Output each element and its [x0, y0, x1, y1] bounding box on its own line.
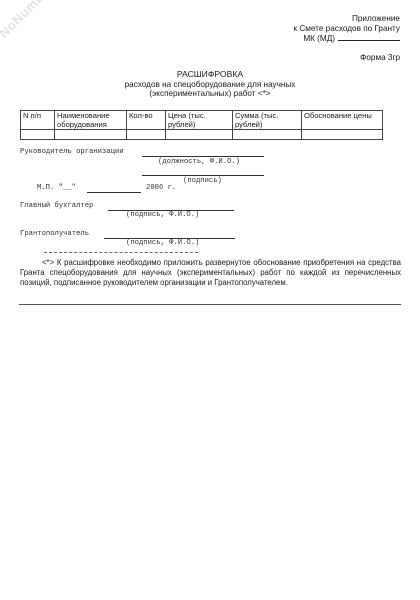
head-signature-caption: (подпись)	[183, 177, 222, 185]
title-sub-1: расходов на спецоборудование для научных	[0, 80, 420, 90]
equipment-table: N п/п Наименование оборудования Кол-во Ц…	[20, 110, 383, 140]
col-header-sum: Сумма (тыс. рублей)	[233, 111, 302, 130]
document-title: РАСШИФРОВКА расходов на спецоборудование…	[0, 70, 420, 99]
col-header-price: Цена (тыс. рублей)	[166, 111, 233, 130]
date-month-line[interactable]	[87, 192, 141, 193]
title-sub-2: (экспериментальных) работ <*>	[0, 89, 420, 99]
table-header-row: N п/п Наименование оборудования Кол-во Ц…	[21, 111, 383, 130]
date-year: 2006 г.	[146, 184, 176, 192]
col-header-name: Наименование оборудования	[55, 111, 127, 130]
col-header-justification: Обоснование цены	[302, 111, 383, 130]
title-main: РАСШИФРОВКА	[0, 70, 420, 80]
footnote-text: <*> К расшифровке необходимо приложить р…	[20, 258, 401, 287]
accountant-label: Главный бухгалтер	[20, 202, 93, 210]
grant-number-blank[interactable]	[338, 33, 400, 41]
cell-number[interactable]	[21, 130, 55, 140]
appendix-line-1: Приложение	[294, 14, 401, 24]
cell-justification[interactable]	[302, 130, 383, 140]
stamp-label: М.П. "__"	[37, 184, 76, 192]
cell-qty[interactable]	[127, 130, 166, 140]
appendix-line-2: к Смете расходов по Гранту	[294, 24, 401, 34]
grantee-caption: (подпись, Ф.И.О.)	[126, 239, 199, 247]
cell-sum[interactable]	[233, 130, 302, 140]
grant-label: МК (МД)	[303, 34, 335, 43]
table-row	[21, 130, 383, 140]
footnote: <*> К расшифровке необходимо приложить р…	[20, 258, 401, 288]
grantee-label: Грантополучатель	[20, 230, 89, 238]
footnote-separator	[44, 252, 198, 253]
head-label: Руководитель организации	[20, 148, 124, 156]
head-position-line[interactable]	[142, 156, 264, 157]
head-position-caption: (должность, Ф.И.О.)	[158, 158, 240, 166]
form-number: Форма 3гр	[360, 53, 400, 62]
appendix-header: Приложение к Смете расходов по Гранту МК…	[294, 14, 401, 44]
cell-name[interactable]	[55, 130, 127, 140]
appendix-line-3: МК (МД)	[294, 33, 401, 44]
bottom-rule	[19, 304, 401, 305]
head-signature-line[interactable]	[142, 175, 264, 176]
col-header-number: N п/п	[21, 111, 55, 130]
accountant-caption: (подпись, Ф.И.О.)	[126, 211, 199, 219]
col-header-qty: Кол-во	[127, 111, 166, 130]
cell-price[interactable]	[166, 130, 233, 140]
watermark: NoNumber.ru	[0, 0, 69, 41]
